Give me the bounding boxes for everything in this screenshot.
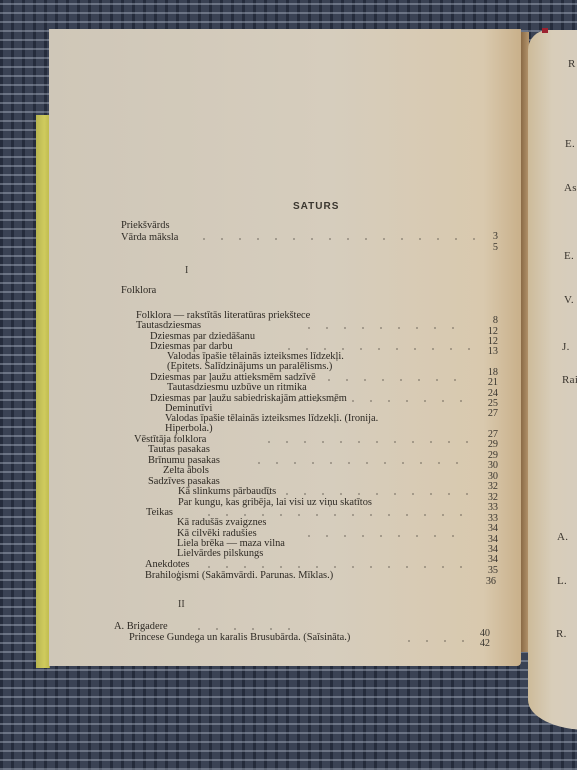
toc-entry: Vārda māksla: [121, 233, 178, 243]
toc-entry: Princese Gundega un karalis Brusubārda. …: [129, 633, 350, 643]
toc-entry: Brahiloģismi (Sakāmvārdi. Parunas. Mīkla…: [145, 571, 333, 581]
page-number: 35: [474, 566, 498, 576]
leader-dots: [300, 532, 470, 540]
leader-dots: [280, 345, 470, 353]
page-number: 42: [466, 639, 490, 649]
part-heading: Folklora: [121, 286, 156, 296]
leader-dots: [200, 511, 470, 519]
page-number: 3: [474, 232, 498, 242]
leader-dots: [190, 625, 300, 633]
page-number: 32: [474, 482, 498, 492]
leader-dots: [290, 397, 470, 405]
page-number: 13: [474, 347, 498, 357]
page-number: 30: [474, 461, 498, 471]
toc-entry: Zelta ābols: [163, 466, 209, 476]
toc-entry: Tautasdziesmu uzbūve un ritmika: [167, 383, 307, 393]
leader-dots: [250, 459, 470, 467]
page-number: 34: [474, 524, 498, 534]
page-number: 29: [474, 440, 498, 450]
part-numeral: I: [185, 266, 188, 276]
page-number: 36: [472, 577, 496, 587]
table-of-contents: SATURS Priekšvārds Vārda māksla 3 5 I Fo…: [0, 0, 577, 770]
toc-entry: Priekšvārds: [121, 221, 169, 231]
toc-entry: Teikas: [146, 508, 173, 518]
toc-entry: Anekdotes: [145, 560, 189, 570]
part-numeral: II: [178, 600, 185, 610]
leader-dots: [320, 376, 470, 384]
toc-entry: (Epitets. Salīdzinājums un paralēlisms.): [167, 362, 332, 372]
toc-entry: A. Brigadere: [114, 622, 168, 632]
page-number: 27: [474, 409, 498, 419]
toc-entry: Tautasdziesmas: [136, 321, 201, 331]
toc-entry: Hiperbola.): [165, 424, 213, 434]
toc-entry: Par kungu, kas gribēja, lai visi uz viņu…: [178, 498, 372, 508]
leader-dots: [300, 324, 470, 332]
page-number: 34: [474, 555, 498, 565]
leader-dots: [200, 563, 470, 571]
toc-entry: Tautas pasakas: [148, 445, 210, 455]
leader-dots: [195, 235, 475, 243]
leader-dots: [260, 490, 470, 498]
page-number: 5: [474, 243, 498, 253]
leader-dots: [400, 637, 470, 645]
page-number: 8: [474, 316, 498, 326]
page-number: 21: [474, 378, 498, 388]
leader-dots: [260, 438, 470, 446]
toc-entry: Lielvārdes pilskungs: [177, 549, 263, 559]
toc-entry: Kā radušās zvaigznes: [177, 518, 266, 528]
toc-title: SATURS: [293, 202, 339, 212]
page-number: 33: [474, 503, 498, 513]
